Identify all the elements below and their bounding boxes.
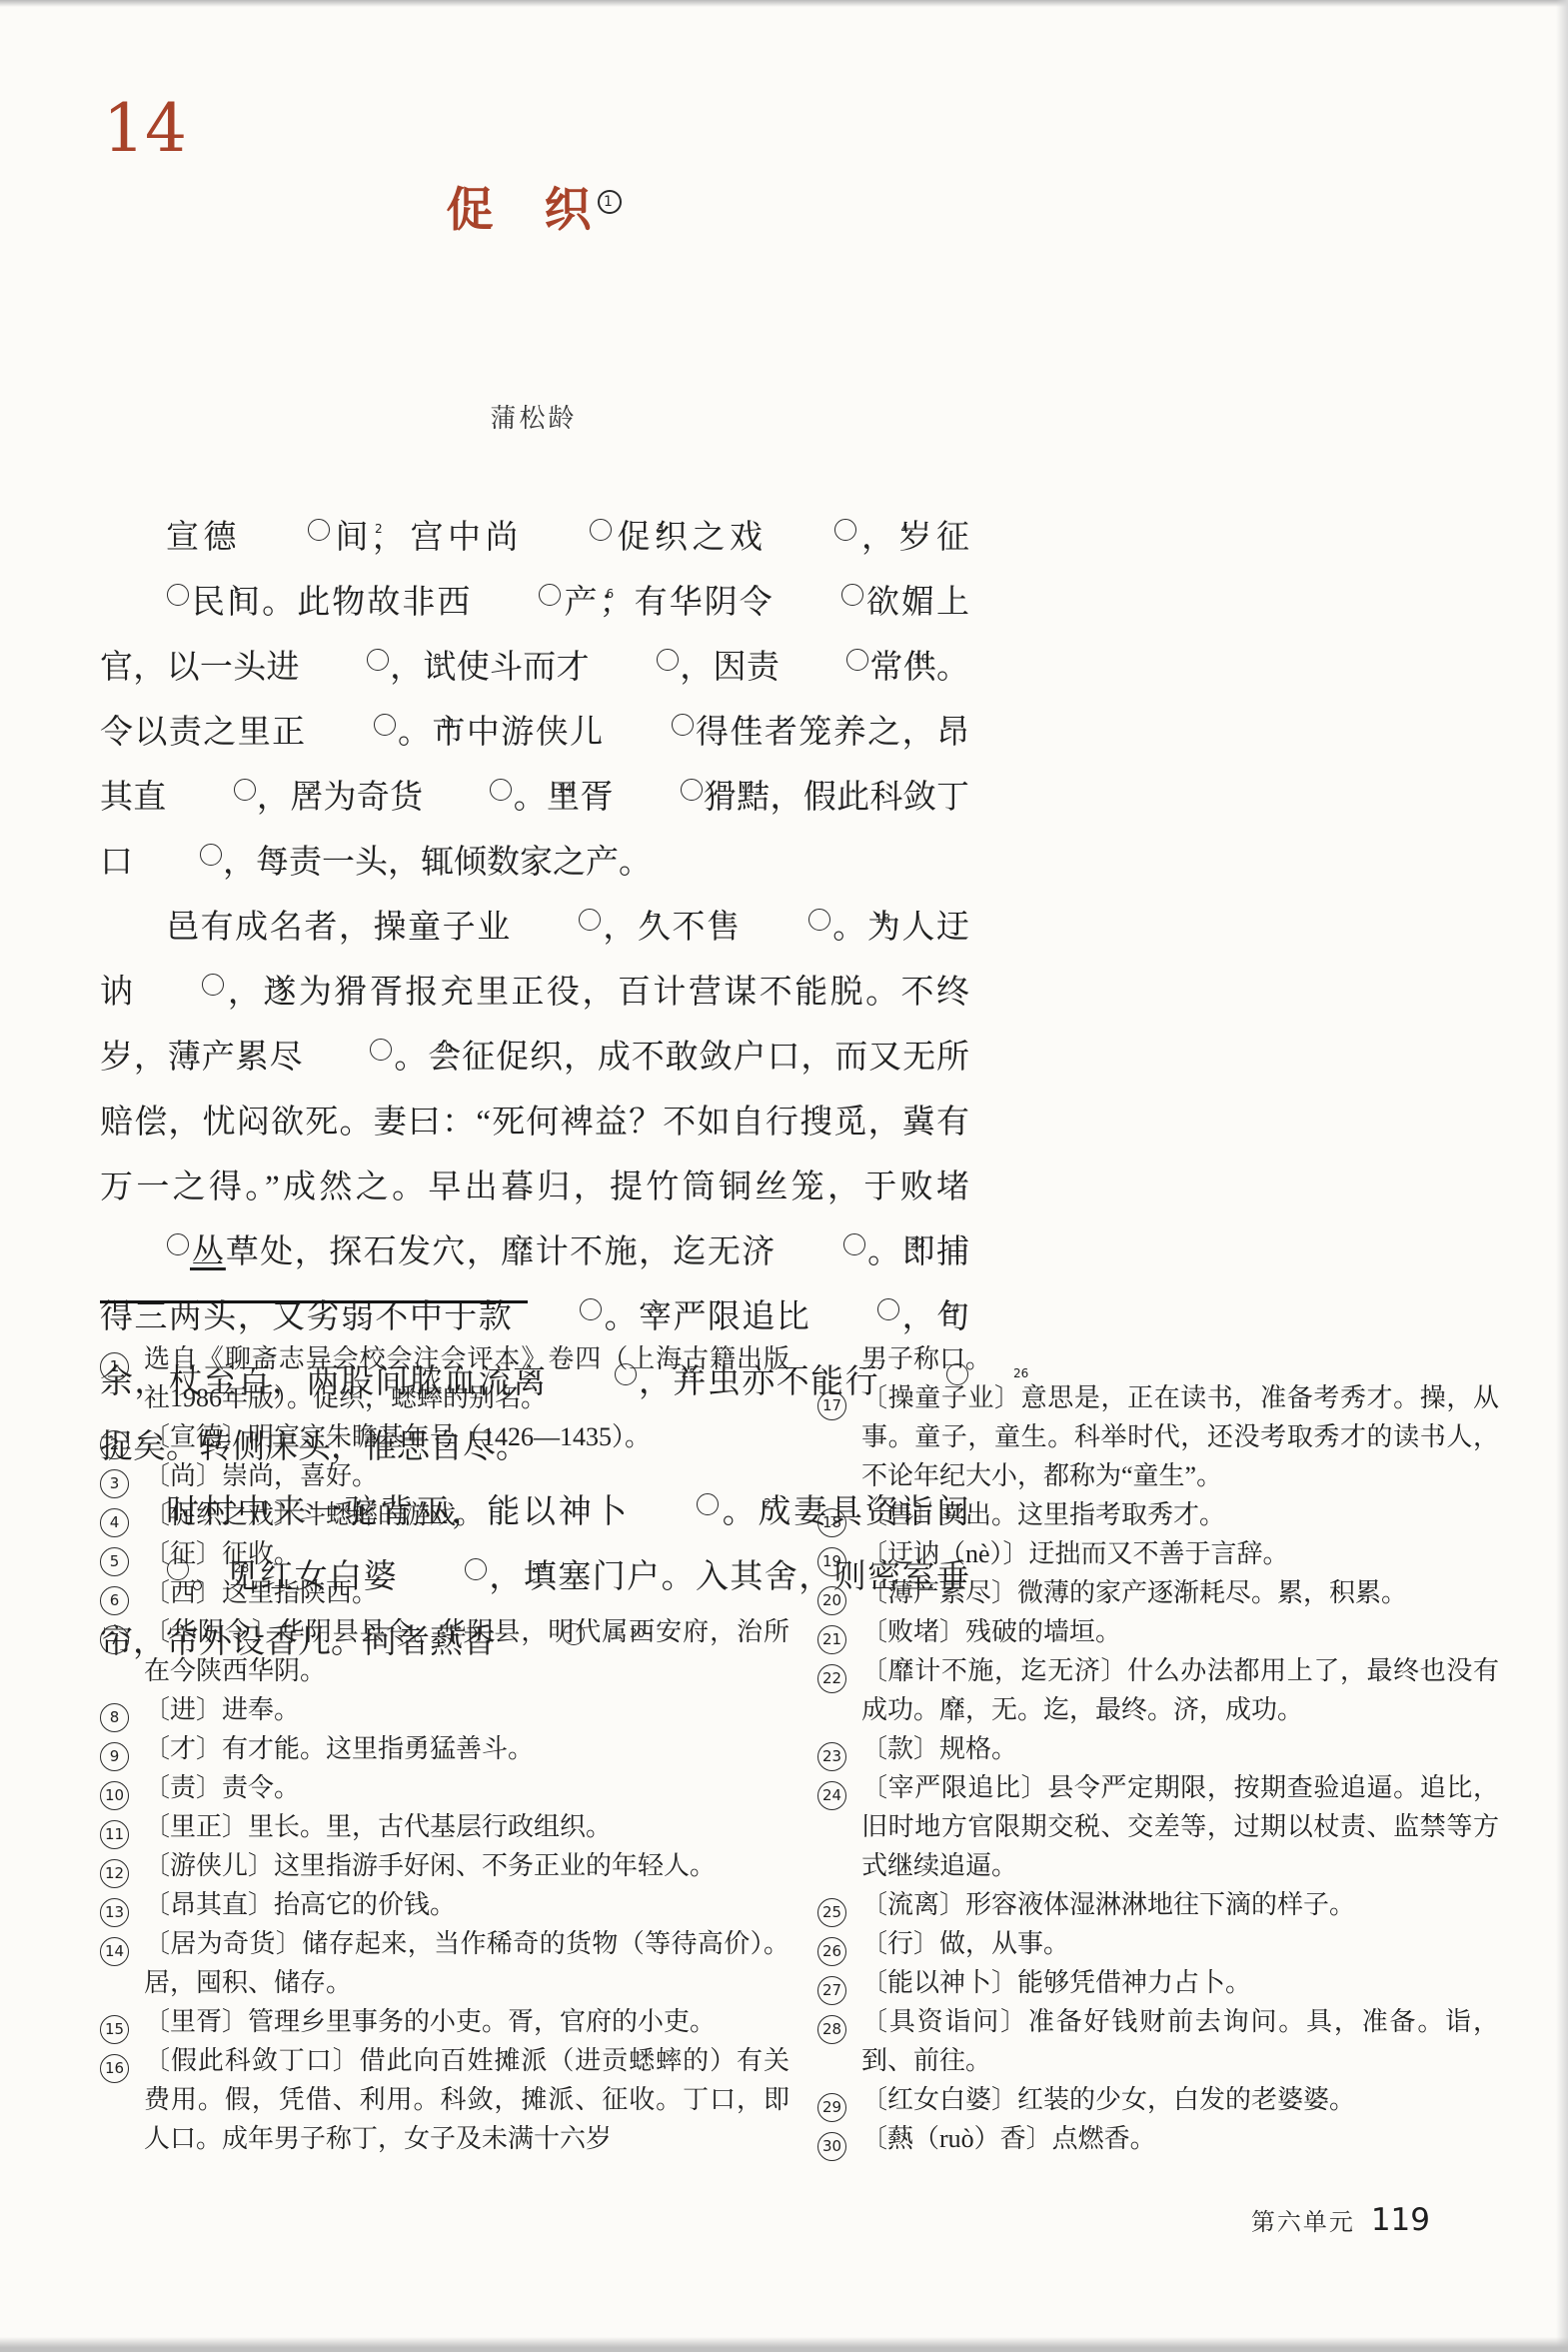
footnote-number: 14 (100, 1928, 129, 1967)
page-footer: 第六单元 119 (1251, 2202, 1430, 2238)
footnote-item: 30〔爇（ruò）香〕点燃香。 (817, 2119, 1499, 2158)
footnote-column-right: 男子称口。17〔操童子业〕意思是，正在读书，准备考秀才。操，从事。童子，童生。科… (817, 1339, 1499, 2158)
text-run: ，居为奇货 (257, 780, 424, 816)
footnote-item: 21〔败堵〕残破的墙垣。 (817, 1612, 1499, 1651)
footnote-item: 7〔华阴令〕华阴县县令。华阴县，明代属西安府，治所在今陕西华阴。 (100, 1612, 789, 1690)
footnote-text: 〔促织之戏〕斗蟋蟀的游戏。 (144, 1500, 482, 1529)
footnote-text: 〔败堵〕残破的墙垣。 (861, 1617, 1121, 1646)
underlined-text: 丛 (190, 1234, 226, 1270)
footnote-item: 5〔征〕征收。 (100, 1534, 789, 1573)
footnote-number: 18 (817, 1499, 846, 1538)
footnote-text: 〔薄产累尽〕微薄的家产逐渐耗尽。累，积累。 (861, 1578, 1407, 1607)
footnote-text: 〔昂其直〕抬高它的价钱。 (144, 1890, 456, 1919)
footnote-item: 23〔款〕规格。 (817, 1729, 1499, 1768)
note-ref: 17 (513, 881, 601, 946)
footnote-item: 19〔迂讷（nè）〕迂拙而又不善于言辞。 (817, 1534, 1499, 1573)
footnote-number: 25 (817, 1889, 846, 1928)
footnote-number: 8 (100, 1694, 129, 1733)
footnote-text: 〔责〕责令。 (144, 1773, 300, 1802)
text-run: 邑有成名者，操童子业 (166, 910, 512, 946)
footnote-item: 9〔才〕有才能。这里指勇猛善斗。 (100, 1729, 789, 1768)
footnote-text: 〔华阴令〕华阴县县令。华阴县，明代属西安府，治所在今陕西华阴。 (144, 1617, 789, 1685)
textbook-page: 14 促 织1 蒲松龄 宣德2间，宫中尚3促织之戏4，岁征5民间。此物故非西6产… (0, 0, 1568, 2352)
footnote-text: 〔红女白婆〕红装的少女，白发的老婆婆。 (861, 2085, 1355, 2114)
note-ref: 2 (242, 491, 330, 556)
footnote-number: 24 (817, 1772, 846, 1811)
footnote-number: 11 (100, 1811, 129, 1850)
note-ref: 22 (778, 1205, 865, 1270)
footnote-item: 4〔促织之戏〕斗蟋蟀的游戏。 (100, 1495, 789, 1534)
note-ref: 8 (301, 621, 389, 686)
note-ref: 10 (781, 621, 868, 686)
footnote-number: 29 (817, 2084, 846, 2123)
footnote-number: 10 (100, 1772, 129, 1811)
text-run: 促织之戏 (613, 520, 768, 556)
footnote-column-left: 1选自《聊斋志异会校会注会评本》卷四（上海古籍出版社1986年版）。促织，蟋蟀的… (100, 1339, 789, 2158)
text-run: 。宰严限追比 (603, 1299, 810, 1335)
footnote-continuation: 男子称口。 (817, 1339, 1499, 1378)
footnote-item: 26〔行〕做，从事。 (817, 1924, 1499, 1963)
footnote-text: 〔才〕有才能。这里指勇猛善斗。 (144, 1734, 534, 1763)
footnote-text: 〔宰严限追比〕县令严定期限，按期查验追逼。追比，旧时地方官限期交税、交差等，过期… (861, 1773, 1499, 1880)
footnote-separator (100, 1300, 528, 1303)
footnote-text: 〔西〕这里指陕西。 (144, 1578, 378, 1607)
text-run: 草处，探石发穴，靡计不施，迄无济 (226, 1234, 777, 1270)
footnote-text: 〔宣德〕明宣宗朱瞻基年号（1426—1435）。 (144, 1422, 651, 1451)
footnote-item: 29〔红女白婆〕红装的少女，白发的老婆婆。 (817, 2080, 1499, 2119)
footnote-item: 24〔宰严限追比〕县令严定期限，按期查验追逼。追比，旧时地方官限期交税、交差等，… (817, 1768, 1499, 1885)
footnote-number: 9 (100, 1733, 129, 1772)
footnote-text: 〔里正〕里长。里，古代基层行政组织。 (144, 1812, 612, 1841)
footnote-number: 2 (100, 1421, 129, 1460)
footnote-item: 11〔里正〕里长。里，古代基层行政组织。 (100, 1807, 789, 1846)
footnote-number: 15 (100, 2006, 129, 2045)
footnote-number: 13 (100, 1889, 129, 1928)
note-ref: 7 (776, 556, 863, 621)
footnote-number: 30 (817, 2123, 846, 2162)
footnote-item: 12〔游侠儿〕这里指游手好闲、不务正业的年轻人。 (100, 1846, 789, 1885)
note-ref: 14 (424, 751, 512, 816)
footnote-item: 18〔售〕卖出。这里指考取秀才。 (817, 1495, 1499, 1534)
lesson-title: 促 织1 (100, 183, 967, 239)
footnotes: 1选自《聊斋志异会校会注会评本》卷四（上海古籍出版社1986年版）。促织，蟋蟀的… (100, 1339, 1499, 2158)
footnote-text: 男子称口。 (861, 1344, 991, 1373)
footnote-item: 20〔薄产累尽〕微薄的家产逐渐耗尽。累，积累。 (817, 1573, 1499, 1612)
note-ref: 3 (524, 491, 612, 556)
footnote-number: 21 (817, 1616, 846, 1655)
paragraph: 宣德2间，宫中尚3促织之戏4，岁征5民间。此物故非西6产；有华阴令7欲媚上官，以… (100, 506, 969, 896)
footnote-item: 10〔责〕责令。 (100, 1768, 789, 1807)
scan-edge-top (0, 0, 1568, 7)
footnote-text: 〔爇（ruò）香〕点燃香。 (861, 2124, 1156, 2153)
footnote-number: 16 (100, 2045, 129, 2084)
scan-edge-right (1556, 0, 1568, 2352)
note-ref: 5 (101, 556, 189, 621)
footnote-number: 3 (100, 1460, 129, 1499)
footnote-text: 〔能以神卜〕能够凭借神力占卜。 (861, 1968, 1251, 1997)
footnote-text: 选自《聊斋志异会校会注会评本》卷四（上海古籍出版社1986年版）。促织，蟋蟀的别… (144, 1344, 789, 1412)
footnote-text: 〔迂讷（nè）〕迂拙而又不善于言辞。 (861, 1539, 1289, 1568)
footnote-number: 28 (817, 2006, 846, 2045)
note-ref: 18 (743, 881, 830, 946)
footnote-item: 6〔西〕这里指陕西。 (100, 1573, 789, 1612)
footnote-item: 8〔进〕进奉。 (100, 1690, 789, 1729)
footnote-number: 7 (100, 1616, 129, 1655)
lesson-title-text: 促 织 (447, 185, 594, 237)
note-ref: 12 (606, 686, 694, 751)
footnote-item: 17〔操童子业〕意思是，正在读书，准备考秀才。操，从事。童子，童生。科举时代，还… (817, 1378, 1499, 1495)
footnote-number: 22 (817, 1655, 846, 1694)
footnote-text: 〔假此科敛丁口〕借此向百姓摊派（进贡蟋蟀的）有关费用。假，凭借、利用。科敛，摊派… (144, 2046, 789, 2153)
author-name: 蒲松龄 (100, 398, 967, 435)
note-ref: 4 (769, 491, 856, 556)
page-number: 119 (1371, 2202, 1430, 2238)
note-ref: 15 (615, 751, 703, 816)
footnote-number: 4 (100, 1499, 129, 1538)
note-ref: 20 (304, 1011, 392, 1076)
note-ref: 6 (473, 556, 561, 621)
note-ref: 21 (101, 1205, 189, 1270)
text-run: ，试使斗而才 (390, 650, 590, 686)
note-ref: 19 (136, 946, 224, 1011)
scan-edge-bottom (0, 2337, 1568, 2352)
footnote-item: 16〔假此科敛丁口〕借此向百姓摊派（进贡蟋蟀的）有关费用。假，凭借、利用。科敛，… (100, 2041, 789, 2158)
unit-label: 第六单元 (1251, 2202, 1355, 2237)
note-ref: 24 (811, 1270, 899, 1335)
footnote-item: 25〔流离〕形容液体湿淋淋地往下滴的样子。 (817, 1885, 1499, 1924)
footnote-item: 2〔宣德〕明宣宗朱瞻基年号（1426—1435）。 (100, 1417, 789, 1456)
title-note-ref: 1 (598, 163, 622, 219)
footnote-number: 20 (817, 1577, 846, 1616)
note-ref: 13 (168, 751, 256, 816)
footnote-number: 23 (817, 1733, 846, 1772)
text-run: 民间。此物故非西 (190, 585, 472, 621)
footnote-text: 〔进〕进奉。 (144, 1695, 300, 1724)
footnote-item: 13〔昂其直〕抬高它的价钱。 (100, 1885, 789, 1924)
footnote-number: 12 (100, 1850, 129, 1889)
footnote-number: 5 (100, 1538, 129, 1577)
footnote-item: 27〔能以神卜〕能够凭借神力占卜。 (817, 1963, 1499, 2002)
footnote-number: 26 (817, 1928, 846, 1967)
note-ref: 9 (591, 621, 679, 686)
note-ref: 16 (134, 816, 222, 881)
text-run: ，久不售 (602, 910, 742, 946)
footnote-text: 〔行〕做，从事。 (861, 1929, 1069, 1958)
text-run: 间，宫中尚 (331, 520, 523, 556)
text-run: 。市中游侠儿 (397, 715, 605, 751)
text-run: 产；有华阴令 (562, 585, 774, 621)
footnote-text: 〔居为奇货〕储存起来，当作稀奇的货物（等待高价）。居，囤积、储存。 (144, 1929, 789, 1997)
footnote-item: 28〔具资诣问〕准备好钱财前去询问。具，准备。诣，到、前往。 (817, 2002, 1499, 2080)
footnote-text: 〔售〕卖出。这里指考取秀才。 (861, 1500, 1225, 1529)
footnote-item: 22〔靡计不施，迄无济〕什么办法都用上了，最终也没有成功。靡，无。迄，最终。济，… (817, 1651, 1499, 1729)
footnote-item: 1选自《聊斋志异会校会注会评本》卷四（上海古籍出版社1986年版）。促织，蟋蟀的… (100, 1339, 789, 1417)
note-ref: 11 (308, 686, 396, 751)
footnote-number: 6 (100, 1577, 129, 1616)
footnote-number: 19 (817, 1538, 846, 1577)
footnote-text: 〔具资诣问〕准备好钱财前去询问。具，准备。诣，到、前往。 (861, 2007, 1499, 2075)
footnote-number: 17 (817, 1382, 846, 1421)
footnote-text: 〔靡计不施，迄无济〕什么办法都用上了，最终也没有成功。靡，无。迄，最终。济，成功… (861, 1656, 1499, 1724)
footnote-text: 〔流离〕形容液体湿淋淋地往下滴的样子。 (861, 1890, 1355, 1919)
footnote-number: 1 (100, 1343, 129, 1382)
text-run: ，每责一头，辄倾数家之产。 (223, 845, 652, 881)
footnote-text: 〔征〕征收。 (144, 1539, 300, 1568)
lesson-number: 14 (103, 96, 187, 162)
footnote-item: 14〔居为奇货〕储存起来，当作稀奇的货物（等待高价）。居，囤积、储存。 (100, 1924, 789, 2002)
footnote-item: 3〔尚〕崇尚，喜好。 (100, 1456, 789, 1495)
footnote-text: 〔款〕规格。 (861, 1734, 1017, 1763)
footnote-text: 〔操童子业〕意思是，正在读书，准备考秀才。操，从事。童子，童生。科举时代，还没考… (861, 1383, 1499, 1490)
footnote-text: 〔游侠儿〕这里指游手好闲、不务正业的年轻人。 (144, 1851, 716, 1880)
text-run: 宣德 (166, 520, 241, 556)
footnote-item: 15〔里胥〕管理乡里事务的小吏。胥，官府的小吏。 (100, 2002, 789, 2041)
footnote-number: 27 (817, 1967, 846, 2006)
text-run: ，岁征 (857, 520, 970, 556)
footnote-text: 〔尚〕崇尚，喜好。 (144, 1461, 378, 1490)
footnote-text: 〔里胥〕管理乡里事务的小吏。胥，官府的小吏。 (144, 2007, 716, 2036)
